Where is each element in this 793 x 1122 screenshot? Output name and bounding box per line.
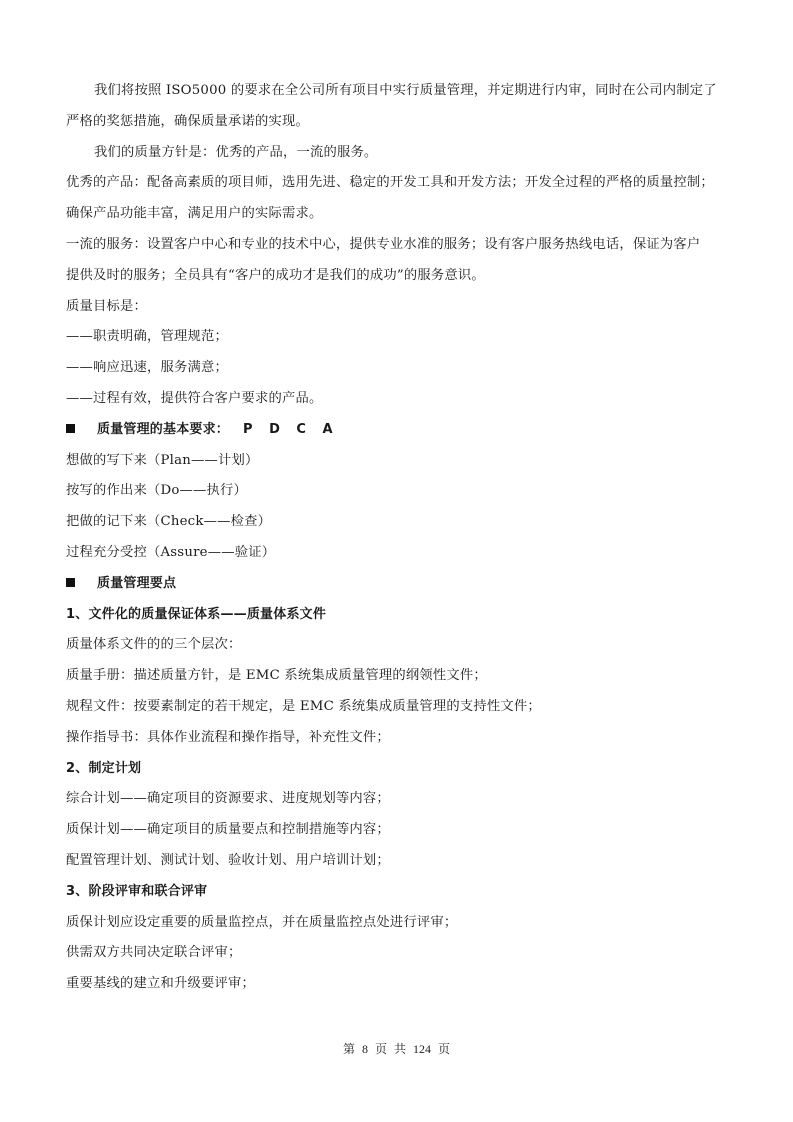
document-page: 我们将按照 ISO5000 的要求在全公司所有项目中实行质量管理，并定期进行内审…	[66, 76, 730, 1000]
list-item: 质量体系文件的的三个层次：	[66, 630, 730, 661]
list-item: 质保计划——确定项目的质量要点和控制措施等内容；	[66, 815, 730, 846]
goal-item: ——响应迅速，服务满意；	[66, 353, 730, 384]
pdca-acronym: P D C A	[243, 422, 339, 437]
list-item: 质量手册：描述质量方针，是 EMC 系统集成质量管理的纲领性文件；	[66, 661, 730, 692]
pdca-item-check: 把做的记下来（Check——检查）	[66, 507, 730, 538]
paragraph-service-cont: 提供及时的服务；全员具有“客户的成功才是我们的成功”的服务意识。	[66, 261, 730, 292]
paragraph-goals-label: 质量目标是：	[66, 292, 730, 323]
list-item: 重要基线的建立和升级要评审；	[66, 969, 730, 1000]
paragraph-service: 一流的服务：设置客户中心和专业的技术中心，提供专业水准的服务；设有客户服务热线电…	[66, 230, 730, 261]
list-item: 规程文件：按要素制定的若干规定，是 EMC 系统集成质量管理的支持性文件；	[66, 692, 730, 723]
list-item: 质保计划应设定重要的质量监控点，并在质量监控点处进行评审；	[66, 908, 730, 939]
list-item: 供需双方共同决定联合评审；	[66, 938, 730, 969]
pdca-item-assure: 过程充分受控（Assure——验证）	[66, 538, 730, 569]
paragraph-iso: 我们将按照 ISO5000 的要求在全公司所有项目中实行质量管理，并定期进行内审…	[66, 76, 730, 107]
points-heading-text: 质量管理要点	[97, 576, 176, 591]
list-item: 综合计划——确定项目的资源要求、进度规划等内容；	[66, 784, 730, 815]
subheading-review: 3、阶段评审和联合评审	[66, 877, 730, 908]
pdca-item-do: 按写的作出来（Do——执行）	[66, 476, 730, 507]
paragraph-product: 优秀的产品：配备高素质的项目师，选用先进、稳定的开发工具和开发方法；开发全过程的…	[66, 168, 730, 199]
paragraph-product-cont: 确保产品功能丰富，满足用户的实际需求。	[66, 199, 730, 230]
pdca-heading-text: 质量管理的基本要求：	[97, 422, 229, 437]
paragraph-policy: 我们的质量方针是：优秀的产品，一流的服务。	[66, 138, 730, 169]
page-footer: 第 8 页 共 124 页	[0, 1040, 793, 1057]
goal-item: ——过程有效，提供符合客户要求的产品。	[66, 384, 730, 415]
pdca-item-plan: 想做的写下来（Plan——计划）	[66, 446, 730, 477]
square-bullet-icon	[66, 424, 75, 433]
subheading-planning: 2、制定计划	[66, 754, 730, 785]
square-bullet-icon	[66, 578, 75, 587]
list-item: 配置管理计划、测试计划、验收计划、用户培训计划；	[66, 846, 730, 877]
list-item: 操作指导书：具体作业流程和操作指导，补充性文件；	[66, 723, 730, 754]
goal-item: ——职责明确，管理规范；	[66, 322, 730, 353]
subheading-documentation: 1、文件化的质量保证体系——质量体系文件	[66, 600, 730, 631]
section-heading-pdca: 质量管理的基本要求：P D C A	[66, 415, 730, 446]
section-heading-points: 质量管理要点	[66, 569, 730, 600]
paragraph-iso-cont: 严格的奖惩措施，确保质量承诺的实现。	[66, 107, 730, 138]
